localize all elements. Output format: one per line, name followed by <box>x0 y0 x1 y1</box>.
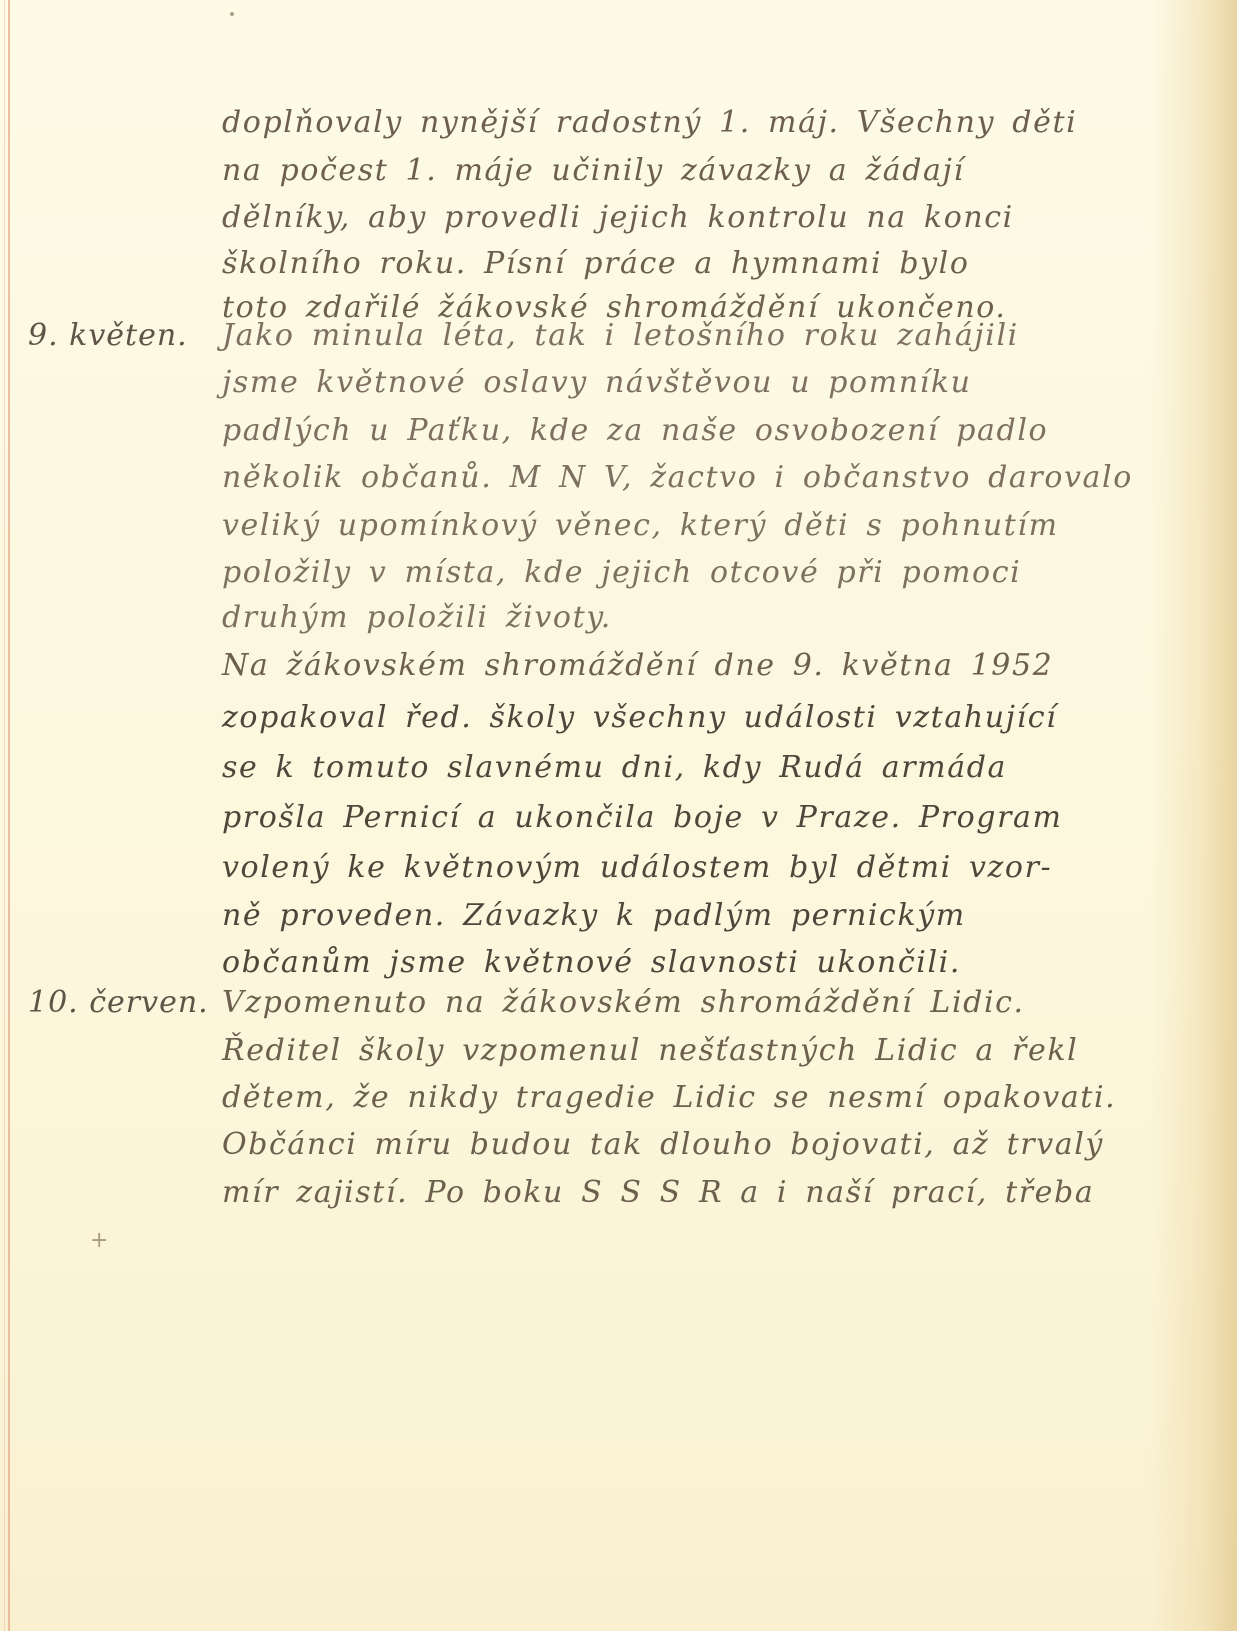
text-line: Vzpomenuto na žákovském shromáždění Lidi… <box>222 985 1025 1020</box>
text-line: ně proveden. Závazky k padlým pernickým <box>222 898 966 933</box>
text-line: Na žákovském shromáždění dne 9. května 1… <box>222 648 1053 683</box>
text-line: mír zajistí. Po boku S S S R a i naší pr… <box>222 1175 1094 1210</box>
ink-speck <box>230 12 234 16</box>
text-line: padlých u Paťku, kde za naše osvobození … <box>222 413 1048 448</box>
text-line: dětem, že nikdy tragedie Lidic se nesmí … <box>222 1080 1116 1115</box>
text-line: veliký upomínkový věnec, který děti s po… <box>222 508 1059 543</box>
text-line: doplňovaly nynější radostný 1. máj. Všec… <box>222 105 1077 140</box>
text-line: Občánci míru budou tak dlouho bojovati, … <box>222 1127 1104 1162</box>
chronicle-page: + doplňovaly nynější radostný 1. máj. Vš… <box>0 0 1237 1631</box>
margin-rule <box>8 0 10 1631</box>
text-line: školního roku. Písní práce a hymnami byl… <box>222 246 970 281</box>
text-line: Ředitel školy vzpomenul nešťastných Lidi… <box>222 1033 1078 1068</box>
text-line: občanům jsme květnové slavnosti ukončili… <box>222 945 961 980</box>
text-line: Jako minula léta, tak i letošního roku z… <box>222 318 1019 353</box>
side-label-date-june: 10. červen. <box>28 985 209 1020</box>
text-line: se k tomuto slavnému dni, kdy Rudá armád… <box>222 750 1007 785</box>
text-line: jsme květnové oslavy návštěvou u pomníku <box>222 365 972 400</box>
text-line: několik občanů. M N V, žactvo i občanstv… <box>222 460 1133 495</box>
text-line: prošla Pernicí a ukončila boje v Praze. … <box>222 800 1063 835</box>
text-line: zopakoval řed. školy všechny události vz… <box>222 700 1057 735</box>
text-line: dělníky, aby provedli jejich kontrolu na… <box>222 200 1014 235</box>
text-line: volený ke květnovým událostem byl dětmi … <box>222 850 1052 885</box>
text-line: položily v místa, kde jejich otcové při … <box>222 555 1021 590</box>
pencil-cross-mark: + <box>90 1228 108 1253</box>
side-label-date-may: 9. květen. <box>28 318 188 353</box>
text-line: druhým položili životy. <box>222 600 612 635</box>
text-line: na počest 1. máje učinily závazky a žáda… <box>222 153 965 188</box>
page-edge-line <box>4 0 5 1631</box>
